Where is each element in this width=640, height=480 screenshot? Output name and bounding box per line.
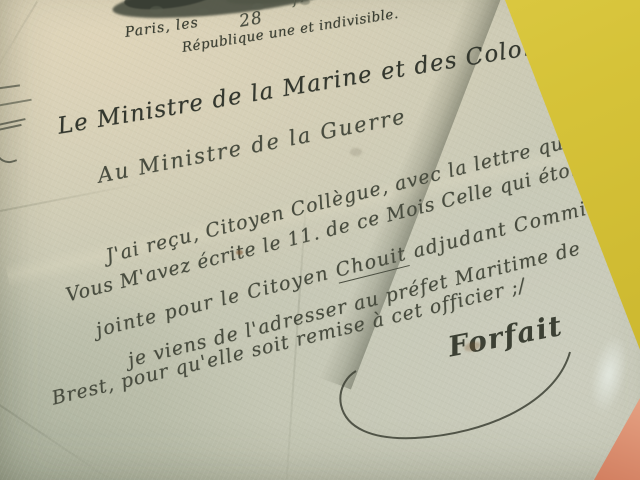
paper-stain <box>350 148 362 156</box>
ink-stain <box>236 250 243 255</box>
vignette-sprig <box>150 6 163 14</box>
photo-scene: Paris, les 28 fructidor République une e… <box>0 0 640 480</box>
vignette-sprig <box>198 8 209 15</box>
